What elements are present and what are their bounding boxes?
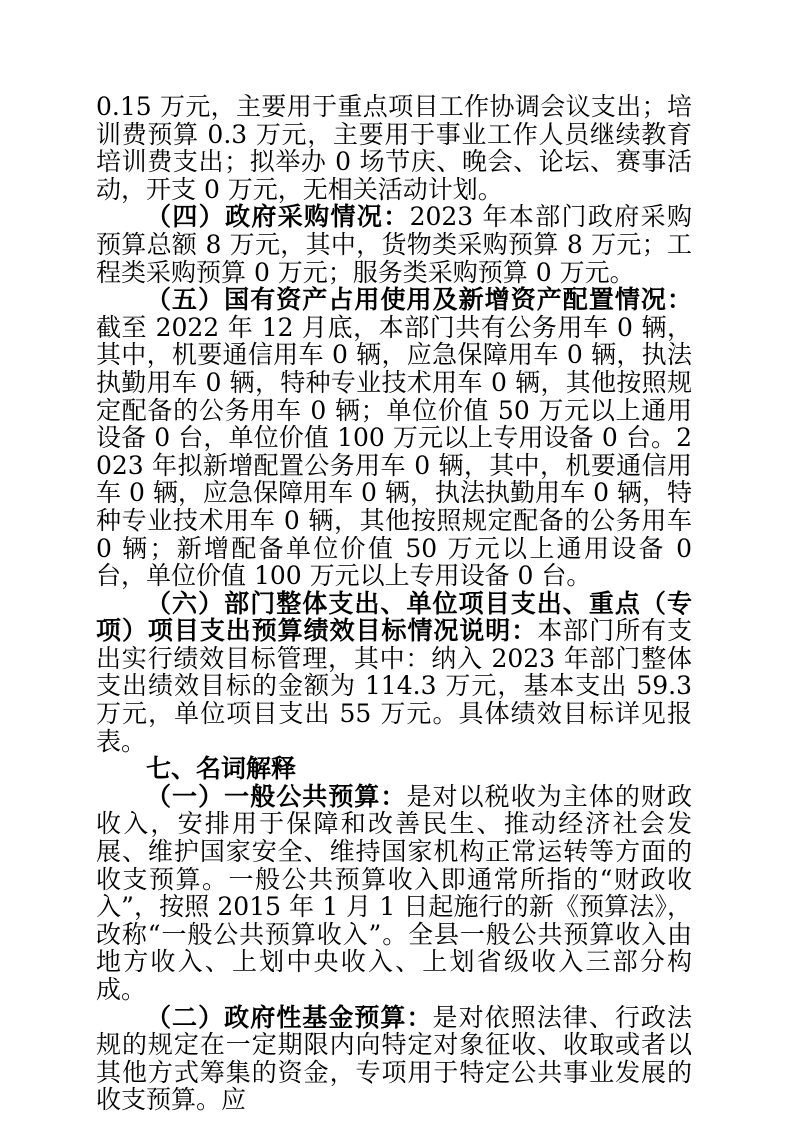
paragraph-continuation-text: 0.15 万元，主要用于重点项目工作协调会议支出；培训费预算 0.3 万元，主要… [96,92,692,204]
paragraph-definition-1-general-public-budget: （一）一般公共预算：是对以税收为主体的财政收入，安排用于保障和改善民生、推动经济… [96,783,692,1004]
paragraph-section-4-procurement: （四）政府采购情况：2023 年本部门政府采购预算总额 8 万元，其中，货物类采… [96,203,692,286]
section-5-text: 截至 2022 年 12 月底，本部门共有公务用车 0 辆，其中，机要通信用车 … [96,313,692,590]
document-body: 0.15 万元，主要用于重点项目工作协调会议支出；培训费预算 0.3 万元，主要… [96,93,692,1114]
heading-section-7-text: 七、名词解释 [146,754,296,783]
document-page: 0.15 万元，主要用于重点项目工作协调会议支出；培训费预算 0.3 万元，主要… [0,0,793,1122]
section-5-label: （五）国有资产占用使用及新增资产配置情况： [146,285,692,314]
paragraph-section-5-state-assets: （五）国有资产占用使用及新增资产配置情况：截至 2022 年 12 月底，本部门… [96,286,692,590]
definition-1-text: 是对以税收为主体的财政收入，安排用于保障和改善民生、推动经济社会发展、维护国家安… [96,782,692,1004]
paragraph-definition-2-government-fund-budget: （二）政府性基金预算：是对依照法律、行政法规的规定在一定期限内向特定对象征收、收… [96,1004,692,1114]
paragraph-section-6-performance-targets: （六）部门整体支出、单位项目支出、重点（专项）项目支出预算绩效目标情况说明：本部… [96,590,692,756]
paragraph-continuation: 0.15 万元，主要用于重点项目工作协调会议支出；培训费预算 0.3 万元，主要… [96,93,692,203]
definition-1-label: （一）一般公共预算： [146,782,407,811]
heading-section-7-glossary: 七、名词解释 [96,755,692,783]
definition-2-label: （二）政府性基金预算： [146,1003,433,1032]
section-4-label: （四）政府采购情况： [146,202,410,231]
